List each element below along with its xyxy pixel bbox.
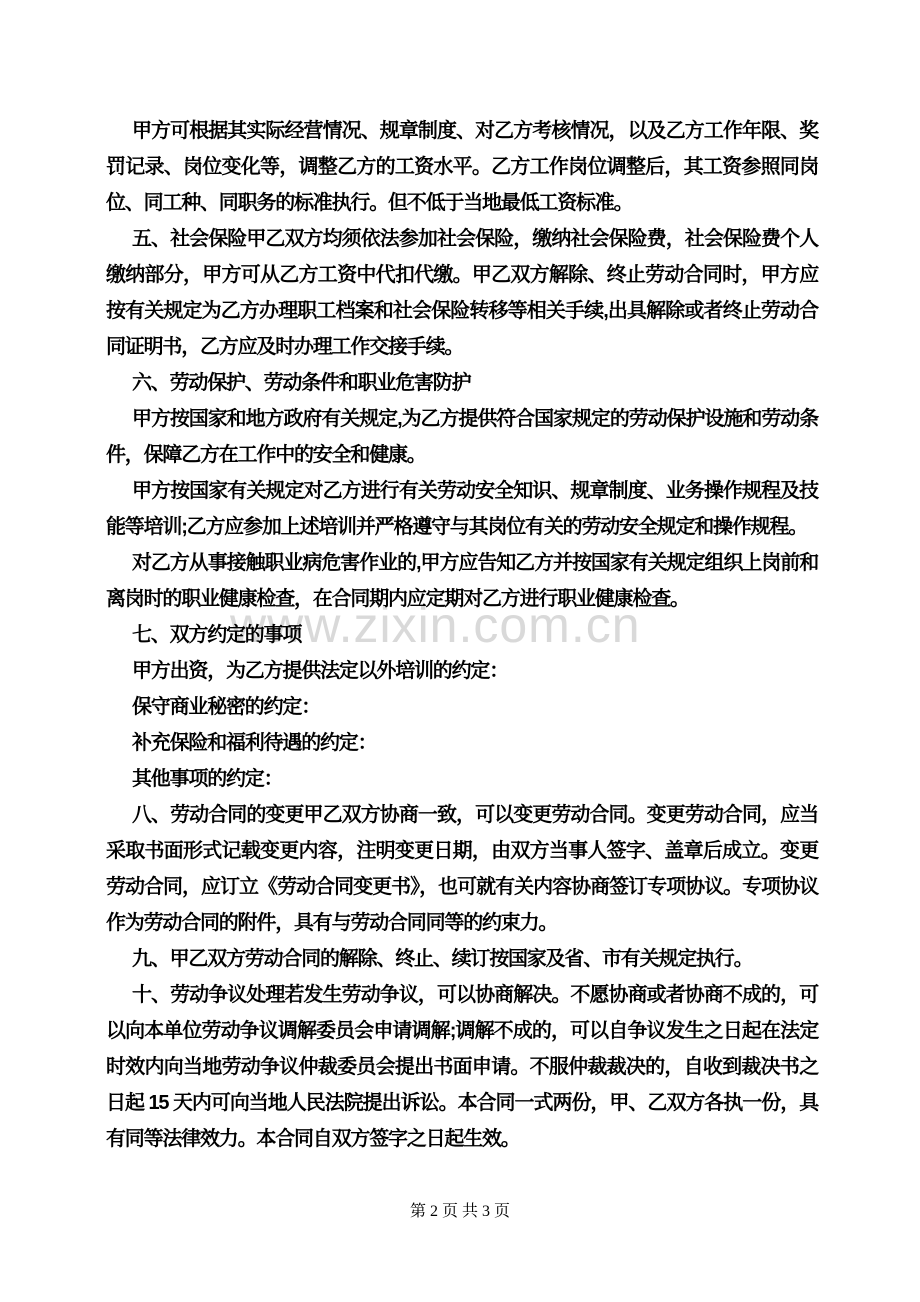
clause-7-training-agreement: 甲方出资，为乙方提供法定以外培训的约定： [106,653,818,689]
document-page: www.zixin.com.cn 甲方可根据其实际经营情况、规章制度、对乙方考核… [0,0,920,1302]
clause-wage-adjustment: 甲方可根据其实际经营情况、规章制度、对乙方考核情况，以及乙方工作年限、奖罚记录、… [106,113,818,221]
page-number: 第 2 页 共 3 页 [0,1198,920,1221]
clause-6-heading: 六、劳动保护、劳动条件和职业危害防护 [106,365,818,401]
clause-7-other-agreement: 其他事项的约定： [106,761,818,797]
clause-6-health-check: 对乙方从事接触职业病危害作业的,甲方应告知乙方并按国家有关规定组织上岗前和离岗时… [106,545,818,617]
clause-10-dispute: 十、劳动争议处理若发生劳动争议，可以协商解决。不愿协商或者协商不成的，可以向本单… [106,977,818,1157]
clause-7-secret-agreement: 保守商业秘密的约定： [106,689,818,725]
clause-9-termination: 九、甲乙双方劳动合同的解除、终止、续订按国家及省、市有关规定执行。 [106,941,818,977]
clause-6-training: 甲方按国家有关规定对乙方进行有关劳动安全知识、规章制度、业务操作规程及技能等培训… [106,473,818,545]
clause-8-contract-change: 八、劳动合同的变更甲乙双方协商一致，可以变更劳动合同。变更劳动合同，应当采取书面… [106,797,818,941]
contract-body: 甲方可根据其实际经营情况、规章制度、对乙方考核情况，以及乙方工作年限、奖罚记录、… [106,113,818,1157]
clause-6-protection: 甲方按国家和地方政府有关规定,为乙方提供符合国家规定的劳动保护设施和劳动条件，保… [106,401,818,473]
clause-7-welfare-agreement: 补充保险和福利待遇的约定： [106,725,818,761]
clause-7-heading: 七、双方约定的事项 [106,617,818,653]
clause-5-social-insurance: 五、社会保险甲乙双方均须依法参加社会保险，缴纳社会保险费，社会保险费个人缴纳部分… [106,221,818,365]
